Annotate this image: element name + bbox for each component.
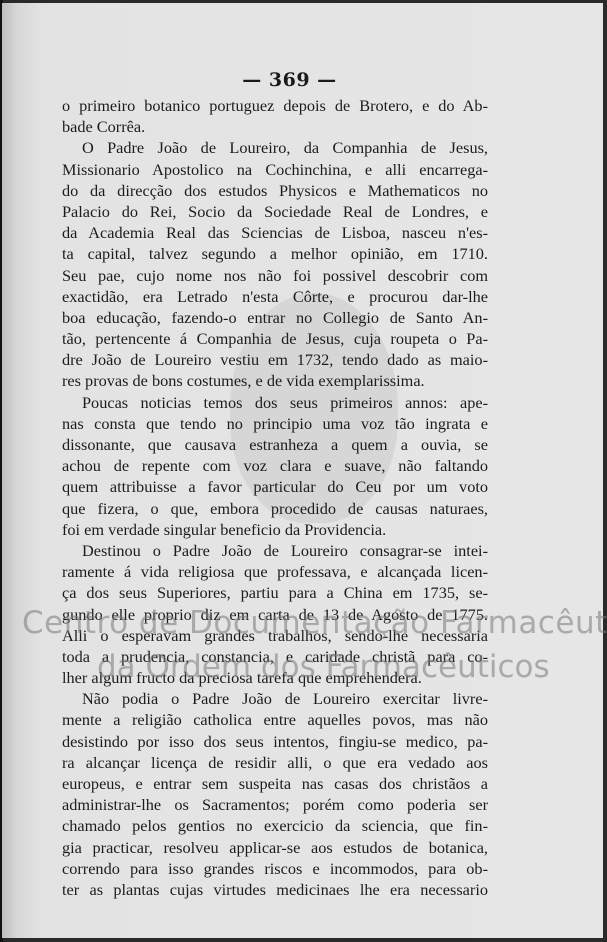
text-line: Destinou o Padre João de Loureiro consag… [62,540,488,561]
text-line: Poucas noticias temos dos seus primeiros… [62,392,488,413]
text-line: europeus, e entrar sem suspeita nas casa… [62,773,488,794]
text-line: correndo para isso grandes riscos e inco… [62,858,488,879]
text-line: Palacio do Rei, Socio da Sociedade Real … [62,201,488,222]
watermark-line-1: Centro de Documentação Farmacêutica [22,605,607,641]
book-page: — 369 — o primeiro botanico portuguez de… [2,3,603,938]
text-line: ça dos seus Superiores, partiu para a Ch… [62,582,488,603]
text-line: O Padre João de Loureiro, da Companhia d… [62,137,488,158]
text-line: boa educação, fazendo-o entrar no Colleg… [62,307,488,328]
text-line: Não podia o Padre João de Loureiro exerc… [62,688,488,709]
text-line: exactidão, era Letrado n'esta Côrte, e p… [62,286,488,307]
text-line: ramente á vida religiosa que professava,… [62,561,488,582]
text-line: ta capital, talvez segundo a melhor opin… [62,243,488,264]
text-line: que fizera, o que, embora procedido de c… [62,498,488,519]
text-line: gia practicar, resolveu applicar-se aos … [62,837,488,858]
text-line: res provas de bons costumes, e de vida e… [62,370,488,391]
text-line: foi em verdade singular beneficio da Pro… [62,519,488,540]
text-line: quem attribuisse a favor particular do C… [62,476,488,497]
text-line: mente a religião catholica entre aquelle… [62,709,488,730]
text-line: achou de repente com voz clara e suave, … [62,455,488,476]
text-line: ra alcançar licença de residir alli, o q… [62,752,488,773]
text-line: Missionario Apostolico na Cochinchina, e… [62,159,488,180]
text-line: Seu pae, cujo nome nos não foi possivel … [62,265,488,286]
text-line: ter as plantas cujas virtudes medicinaes… [62,879,488,900]
text-line: bade Corrêa. [62,116,488,137]
page-body-text: o primeiro botanico portuguez depois de … [62,95,488,900]
text-line: dissonante, que causava estranheza a que… [62,434,488,455]
text-line: nas consta que tendo no principio uma vo… [62,413,488,434]
text-line: tão, pertencente á Companhia de Jesus, c… [62,328,488,349]
text-line: administrar-lhe os Sacramentos; porém co… [62,794,488,815]
page-number: — 369 — [2,69,577,91]
text-line: o primeiro botanico portuguez depois de … [62,95,488,116]
text-line: chamado pelos gentios no exercicio da sc… [62,815,488,836]
text-line: do da direcção dos estudos Physicos e Ma… [62,180,488,201]
watermark-line-2: da Ordem dos Farmacêuticos [97,649,550,685]
text-line: desistindo por isso dos seus intentos, f… [62,731,488,752]
text-line: dre João de Loureiro vestiu em 1732, ten… [62,349,488,370]
text-line: da Academia Real das Sciencias de Lisboa… [62,222,488,243]
